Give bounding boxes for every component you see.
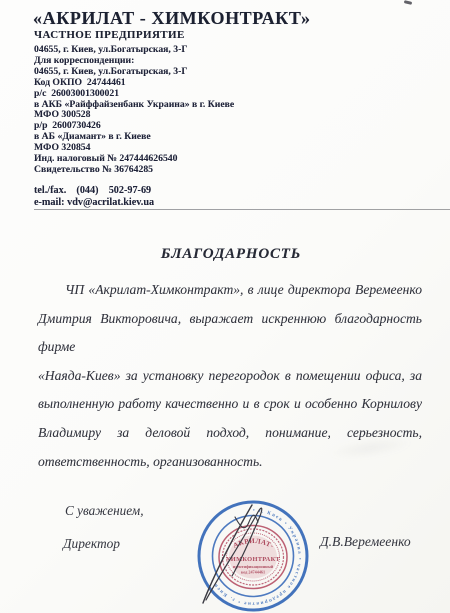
letterhead-line-okpo: Код ОКПО 24744461 (34, 78, 234, 89)
body-line: Дмитрия Викторовича, выражает искреннюю … (38, 305, 422, 362)
letterhead-line-certificate: Свидетельство № 36764285 (34, 165, 234, 176)
signatory-name: Д.В.Веремеенко (320, 534, 411, 550)
body-line: «Наяда-Киев» за установку перегородок в … (38, 362, 422, 391)
telfax-line: tel./fax. (044) 502-97-69 (34, 185, 151, 196)
body-line: выполненную работу качественно и в срок … (38, 390, 422, 419)
letterhead-line-account1: р/с 26003001300021 (34, 89, 234, 100)
scanned-letter-page: «АКРИЛАТ - ХИМКОНТРАКТ» ЧАСТНОЕ ПРЕДПРИЯ… (0, 0, 450, 613)
body-line: ЧП «Акрилат-Химконтракт», в лице директо… (38, 276, 422, 305)
closing-regards: С уважением, (65, 503, 144, 519)
scan-artifact-speck (404, 0, 412, 5)
closing-position: Директор (63, 536, 120, 552)
email-line: e-mail: vdv@acrilat.kiev.ua (34, 197, 154, 208)
letterhead-details: 04655, г. Киев, ул.Богатырская, 3-Г Для … (34, 45, 234, 176)
letter-title: БЛАГОДАРНОСТЬ (0, 246, 450, 263)
letterhead-divider (34, 209, 450, 210)
company-name: «АКРИЛАТ - ХИМКОНТРАКТ» (33, 8, 311, 29)
pen-signature (175, 492, 295, 613)
company-type: ЧАСТНОЕ ПРЕДПРИЯТИЕ (34, 29, 185, 41)
